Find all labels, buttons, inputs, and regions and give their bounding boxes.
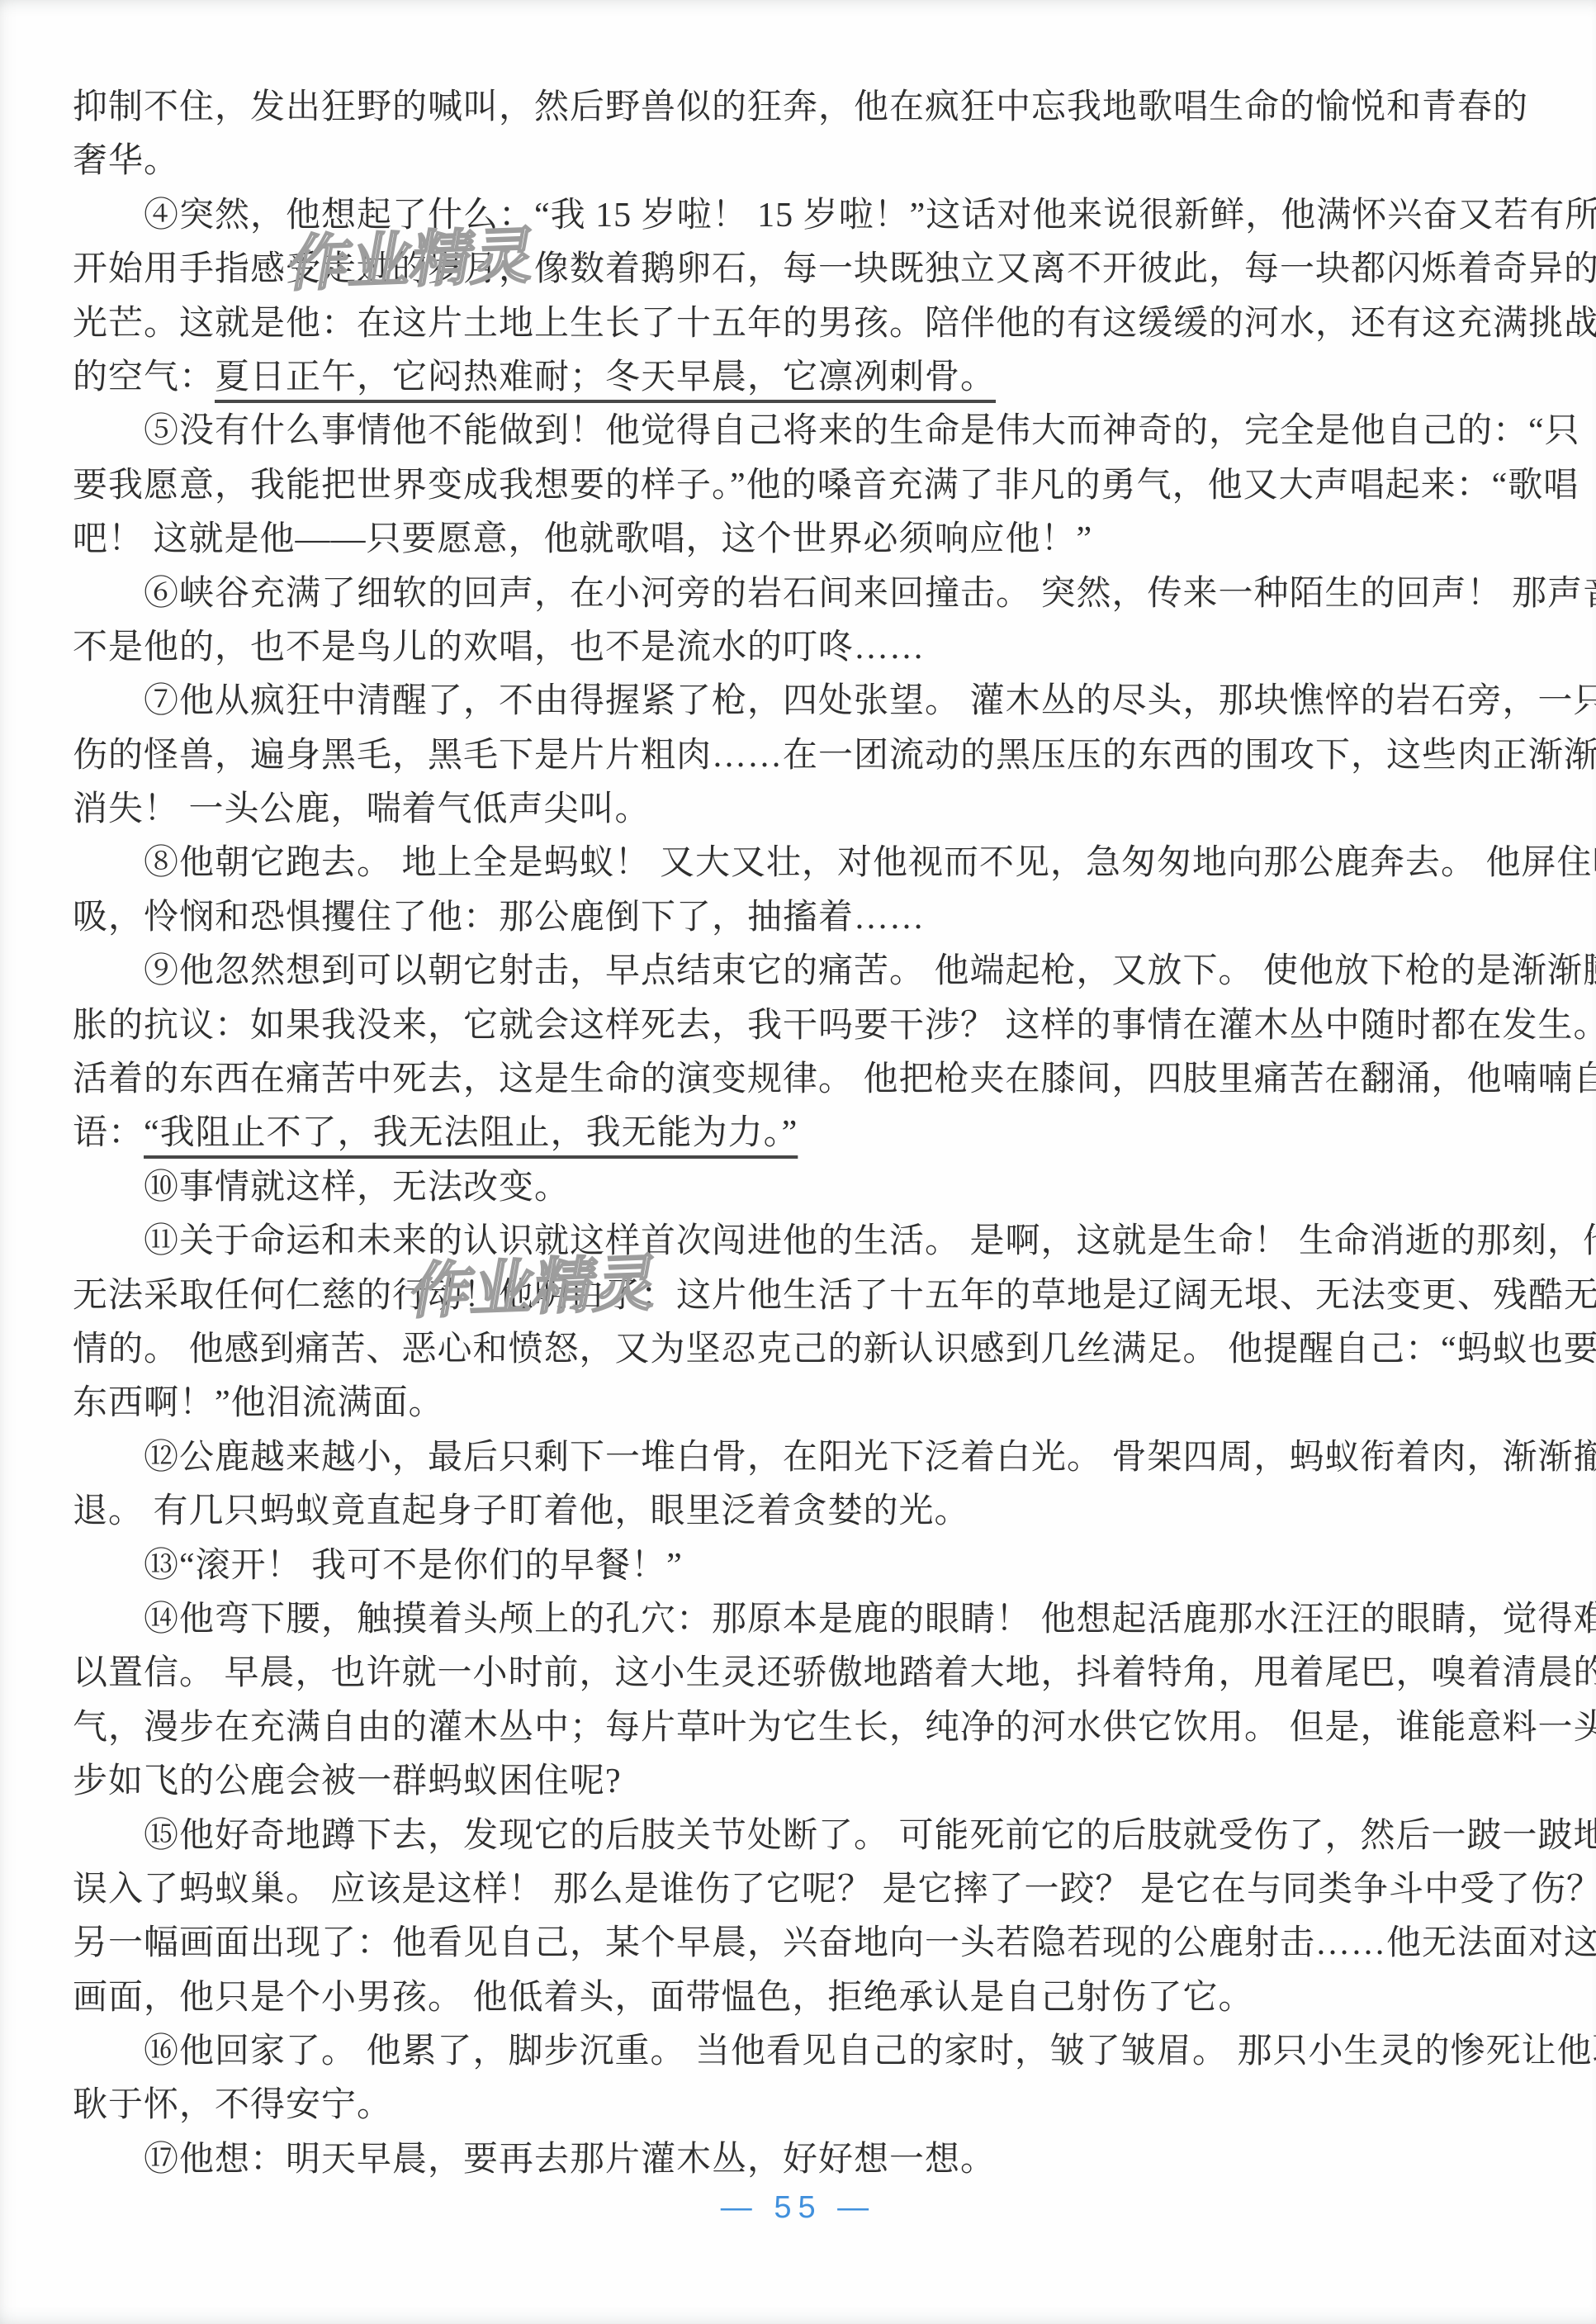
text-segment: ⑮他好奇地蹲下去，发现它的后肢关节处断了。 可能死前它的后肢就受伤了，然后一跛一… bbox=[144, 1817, 1596, 1855]
document-page: 抑制不住，发出狂野的喊叫，然后野兽似的狂奔，他在疯狂中忘我地歌唱生命的愉悦和青春… bbox=[0, 0, 1596, 2324]
text-line: ⑦他从疯狂中清醒了，不由得握紧了枪，四处张望。 灌木丛的尽头，那块憔悴的岩石旁，… bbox=[73, 675, 1551, 728]
text-segment: ④突然，他想起了什么：“我 15 岁啦！ 15 岁啦！”这话对他来说很新鲜，他满… bbox=[144, 197, 1596, 235]
text-line: ⑤没有什么事情他不能做到！他觉得自己将来的生命是伟大而神奇的，完全是他自己的：“… bbox=[73, 405, 1551, 458]
text-line: 耿于怀，不得安宁。 bbox=[73, 2079, 1551, 2132]
text-segment: 要我愿意，我能把世界变成我想要的样子。”他的嗓音充满了非凡的勇气，他又大声唱起来… bbox=[73, 467, 1579, 505]
text-segment: 语： bbox=[73, 1114, 144, 1152]
text-segment: 奢华。 bbox=[73, 142, 179, 180]
text-segment: 另一幅画面出现了：他看见自己，某个早晨，兴奋地向一头若隐若现的公鹿射击……他无法… bbox=[73, 1924, 1596, 1962]
text-segment: 的空气： bbox=[73, 358, 215, 396]
text-line: ⑮他好奇地蹲下去，发现它的后肢关节处断了。 可能死前它的后肢就受伤了，然后一跛一… bbox=[73, 1809, 1551, 1863]
text-line: ⑩事情就这样，无法改变。 bbox=[73, 1161, 1551, 1215]
text-segment: 步如飞的公鹿会被一群蚂蚁困住呢? bbox=[73, 1762, 622, 1800]
text-segment: 无法采取任何仁慈的行动！他明白了：这片他生活了十五年的草地是辽阔无垠、无法变更、… bbox=[73, 1277, 1596, 1315]
text-line: ⑪关于命运和未来的认识就这样首次闯进他的生活。 是啊，这就是生命！ 生命消逝的那… bbox=[73, 1215, 1551, 1269]
text-line: 的空气：夏日正午，它闷热难耐；冬天早晨，它凛冽刺骨。 bbox=[73, 351, 1551, 405]
text-line: 语：“我阻止不了，我无法阻止，我无能为力。” bbox=[73, 1107, 1551, 1160]
underlined-text: 夏日正午，它闷热难耐；冬天早晨，它凛冽刺骨。 bbox=[215, 358, 996, 396]
text-segment: 不是他的，也不是鸟儿的欢唱，也不是流水的叮咚…… bbox=[73, 628, 925, 666]
text-line: 胀的抗议：如果我没来，它就会这样死去，我干吗要干涉？ 这样的事情在灌木丛中随时都… bbox=[73, 999, 1551, 1053]
text-segment: ⑩事情就这样，无法改变。 bbox=[144, 1169, 570, 1207]
text-line: ⑭他弯下腰，触摸着头颅上的孔穴：那原本是鹿的眼睛！ 他想起活鹿那水汪汪的眼睛，觉… bbox=[73, 1593, 1551, 1647]
underlined-text: “我阻止不了，我无法阻止，我无能为力。” bbox=[144, 1114, 798, 1152]
text-line: 东西啊！”他泪流满面。 bbox=[73, 1377, 1551, 1430]
text-segment: ⑨他忽然想到可以朝它射击，早点结束它的痛苦。 他端起枪，又放下。 使他放下枪的是… bbox=[144, 952, 1596, 990]
text-line: 步如飞的公鹿会被一群蚂蚁困住呢? bbox=[73, 1755, 1551, 1809]
text-segment: 以置信。 早晨，也许就一小时前，这小生灵还骄傲地踏着大地，抖着特角，甩着尾巴，嗅… bbox=[73, 1654, 1596, 1692]
text-line: 消失！ 一头公鹿，喘着气低声尖叫。 bbox=[73, 783, 1551, 837]
text-segment: 吧！ 这就是他——只要愿意，他就歌唱，这个世界必须响应他！” bbox=[73, 520, 1092, 558]
text-line: 以置信。 早晨，也许就一小时前，这小生灵还骄傲地踏着大地，抖着特角，甩着尾巴，嗅… bbox=[73, 1647, 1551, 1700]
text-segment: ⑪关于命运和未来的认识就这样首次闯进他的生活。 是啊，这就是生命！ 生命消逝的那… bbox=[144, 1222, 1596, 1260]
text-line: ⑬“滚开！ 我可不是你们的早餐！” bbox=[73, 1539, 1551, 1593]
text-segment: 抑制不住，发出狂野的喊叫，然后野兽似的狂奔，他在疯狂中忘我地歌唱生命的愉悦和青春… bbox=[73, 88, 1528, 126]
text-segment: ⑬“滚开！ 我可不是你们的早餐！” bbox=[144, 1547, 683, 1585]
text-line: ⑰他想：明天早晨，要再去那片灌木丛，好好想一想。 bbox=[73, 2133, 1551, 2187]
text-line: 要我愿意，我能把世界变成我想要的样子。”他的嗓音充满了非凡的勇气，他又大声唱起来… bbox=[73, 459, 1551, 513]
text-line: 气，漫步在充满自由的灌木丛中；每片草叶为它生长，纯净的河水供它饮用。 但是，谁能… bbox=[73, 1701, 1551, 1755]
text-segment: 画面，他只是个小男孩。 他低着头，面带愠色，拒绝承认是自己射伤了它。 bbox=[73, 1979, 1254, 2017]
page-number: — 55 — bbox=[0, 2190, 1596, 2226]
text-segment: ⑦他从疯狂中清醒了，不由得握紧了枪，四处张望。 灌木丛的尽头，那块憔悴的岩石旁，… bbox=[144, 682, 1596, 720]
text-segment: ⑧他朝它跑去。 地上全是蚂蚁！ 又大又壮，对他视而不见，急匆匆地向那公鹿奔去。 … bbox=[144, 844, 1596, 882]
text-segment: ⑭他弯下腰，触摸着头颅上的孔穴：那原本是鹿的眼睛！ 他想起活鹿那水汪汪的眼睛，觉… bbox=[144, 1601, 1596, 1639]
text-line: 另一幅画面出现了：他看见自己，某个早晨，兴奋地向一头若隐若现的公鹿射击……他无法… bbox=[73, 1917, 1551, 1971]
text-line: 不是他的，也不是鸟儿的欢唱，也不是流水的叮咚…… bbox=[73, 621, 1551, 675]
text-line: 抑制不住，发出狂野的喊叫，然后野兽似的狂奔，他在疯狂中忘我地歌唱生命的愉悦和青春… bbox=[73, 81, 1551, 135]
text-segment: 误入了蚂蚁巢。 应该是这样！ 那么是谁伤了它呢？ 是它摔了一跤？ 是它在与同类争… bbox=[73, 1871, 1596, 1909]
text-line: 光芒。这就是他：在这片土地上生长了十五年的男孩。陪伴他的有这缓缓的河水，还有这充… bbox=[73, 297, 1551, 351]
text-segment: 气，漫步在充满自由的灌木丛中；每片草叶为它生长，纯净的河水供它饮用。 但是，谁能… bbox=[73, 1709, 1596, 1747]
text-segment: 活着的东西在痛苦中死去，这是生命的演变规律。 他把枪夹在膝间，四肢里痛苦在翻涌，… bbox=[73, 1060, 1596, 1098]
text-line: 吸，怜悯和恐惧攫住了他：那公鹿倒下了，抽搐着…… bbox=[73, 891, 1551, 945]
text-line: ④突然，他想起了什么：“我 15 岁啦！ 15 岁啦！”这话对他来说很新鲜，他满… bbox=[73, 189, 1551, 243]
text-line: 吧！ 这就是他——只要愿意，他就歌唱，这个世界必须响应他！” bbox=[73, 513, 1551, 567]
text-segment: 耿于怀，不得安宁。 bbox=[73, 2086, 392, 2124]
text-line: 退。 有几只蚂蚁竟直起身子盯着他，眼里泛着贪婪的光。 bbox=[73, 1485, 1551, 1539]
text-segment: 光芒。这就是他：在这片土地上生长了十五年的男孩。陪伴他的有这缓缓的河水，还有这充… bbox=[73, 305, 1596, 343]
text-segment: ⑰他想：明天早晨，要再去那片灌木丛，好好想一想。 bbox=[144, 2141, 996, 2179]
text-line: 奢华。 bbox=[73, 135, 1551, 188]
text-segment: ⑥峡谷充满了细软的回声，在小河旁的岩石间来回撞击。 突然，传来一种陌生的回声！ … bbox=[144, 575, 1596, 613]
passage-text: 抑制不住，发出狂野的喊叫，然后野兽似的狂奔，他在疯狂中忘我地歌唱生命的愉悦和青春… bbox=[73, 81, 1551, 2187]
text-line: 画面，他只是个小男孩。 他低着头，面带愠色，拒绝承认是自己射伤了它。 bbox=[73, 1971, 1551, 2025]
text-segment: 吸，怜悯和恐惧攫住了他：那公鹿倒下了，抽搐着…… bbox=[73, 899, 925, 937]
text-segment: 退。 有几只蚂蚁竟直起身子盯着他，眼里泛着贪婪的光。 bbox=[73, 1492, 970, 1530]
text-segment: 伤的怪兽，遍身黑毛，黑毛下是片片粗肉……在一团流动的黑压压的东西的围攻下，这些肉… bbox=[73, 737, 1596, 775]
text-line: 情的。 他感到痛苦、恶心和愤怒，又为坚忍克己的新认识感到几丝满足。 他提醒自己：… bbox=[73, 1323, 1551, 1377]
text-segment: 开始用手指感受走过的岁月，像数着鹅卵石，每一块既独立又离不开彼此，每一块都闪烁着… bbox=[73, 250, 1596, 288]
text-segment: ⑫公鹿越来越小，最后只剩下一堆白骨，在阳光下泛着白光。 骨架四周，蚂蚁衔着肉，渐… bbox=[144, 1439, 1596, 1477]
text-segment: ⑯他回家了。 他累了，脚步沉重。 当他看见自己的家时，皱了皱眉。 那只小生灵的惨… bbox=[144, 2032, 1596, 2070]
text-line: 活着的东西在痛苦中死去，这是生命的演变规律。 他把枪夹在膝间，四肢里痛苦在翻涌，… bbox=[73, 1053, 1551, 1107]
text-segment: 东西啊！”他泪流满面。 bbox=[73, 1384, 444, 1422]
text-line: ⑯他回家了。 他累了，脚步沉重。 当他看见自己的家时，皱了皱眉。 那只小生灵的惨… bbox=[73, 2025, 1551, 2079]
text-segment: 消失！ 一头公鹿，喘着气低声尖叫。 bbox=[73, 790, 651, 828]
text-line: 无法采取任何仁慈的行动！他明白了：这片他生活了十五年的草地是辽阔无垠、无法变更、… bbox=[73, 1269, 1551, 1323]
text-line: ⑨他忽然想到可以朝它射击，早点结束它的痛苦。 他端起枪，又放下。 使他放下枪的是… bbox=[73, 945, 1551, 998]
text-line: ⑥峡谷充满了细软的回声，在小河旁的岩石间来回撞击。 突然，传来一种陌生的回声！ … bbox=[73, 567, 1551, 621]
text-line: ⑫公鹿越来越小，最后只剩下一堆白骨，在阳光下泛着白光。 骨架四周，蚂蚁衔着肉，渐… bbox=[73, 1431, 1551, 1485]
text-line: 开始用手指感受走过的岁月，像数着鹅卵石，每一块既独立又离不开彼此，每一块都闪烁着… bbox=[73, 243, 1551, 296]
text-line: ⑧他朝它跑去。 地上全是蚂蚁！ 又大又壮，对他视而不见，急匆匆地向那公鹿奔去。 … bbox=[73, 837, 1551, 890]
text-segment: 胀的抗议：如果我没来，它就会这样死去，我干吗要干涉？ 这样的事情在灌木丛中随时都… bbox=[73, 1007, 1596, 1045]
text-line: 伤的怪兽，遍身黑毛，黑毛下是片片粗肉……在一团流动的黑压压的东西的围攻下，这些肉… bbox=[73, 729, 1551, 783]
text-line: 误入了蚂蚁巢。 应该是这样！ 那么是谁伤了它呢？ 是它摔了一跤？ 是它在与同类争… bbox=[73, 1863, 1551, 1917]
text-segment: ⑤没有什么事情他不能做到！他觉得自己将来的生命是伟大而神奇的，完全是他自己的：“… bbox=[144, 412, 1580, 450]
text-segment: 情的。 他感到痛苦、恶心和愤怒，又为坚忍克己的新认识感到几丝满足。 他提醒自己：… bbox=[73, 1330, 1596, 1368]
